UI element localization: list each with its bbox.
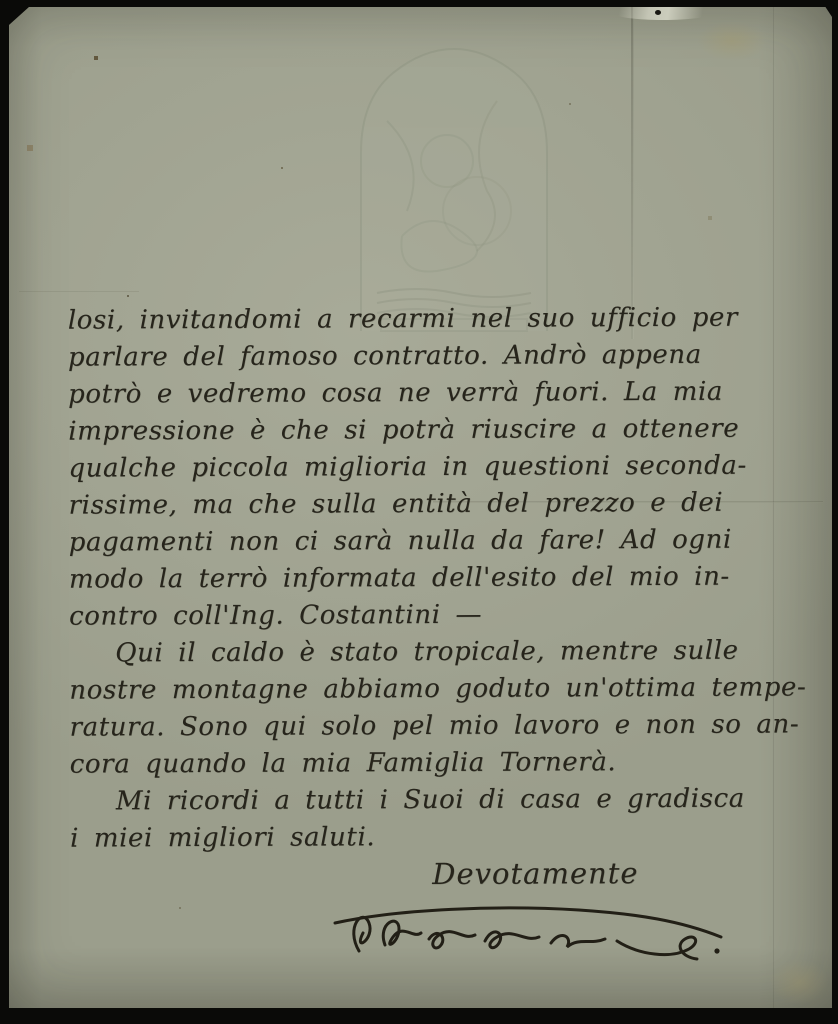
bottom-right-stain <box>769 959 829 1005</box>
arched-crest-watermark-icon <box>347 41 561 333</box>
closing-salutation: Devotamente <box>70 854 792 897</box>
handwriting-line: qualche piccola miglioria in questioni s… <box>68 447 790 487</box>
handwriting-line: contro coll'Ing. Costantini — <box>69 595 791 635</box>
handwriting-line: Qui il caldo è stato tropicale, mentre s… <box>69 632 791 672</box>
handwriting-line: rissime, ma che sulla entità del prezzo … <box>69 484 791 524</box>
tear-dark-speck <box>655 10 661 15</box>
handwriting-line: potrò e vedremo cosa ne verrà fuori. La … <box>68 373 790 413</box>
top-edge-tear <box>615 7 711 20</box>
handwriting-line: losi, invitandomi a recarmi nel suo uffi… <box>68 299 790 339</box>
handwriting-line: nostre montagne abbiamo goduto un'ottima… <box>69 669 791 709</box>
top-right-stain <box>697 21 767 61</box>
foxing-specks <box>9 7 11 9</box>
handwriting-line: pagamenti non ci sarà nulla da fare! Ad … <box>69 521 791 561</box>
handwriting-line: i miei migliori saluti. <box>70 817 792 857</box>
handwriting-line: cora quando la mia Famiglia Tornerà. <box>70 743 792 783</box>
left-fold-crease <box>19 291 139 292</box>
handwriting-line: modo la terrò informata dell'esito del m… <box>69 558 791 598</box>
autograph-flourish-icon <box>329 893 739 973</box>
vertical-fold-crease <box>631 7 634 339</box>
letter-scan: losi, invitandomi a recarmi nel suo uffi… <box>0 0 838 1024</box>
handwriting-line: ratura. Sono qui solo pel mio lavoro e n… <box>69 706 791 746</box>
handwritten-letter-body: losi, invitandomi a recarmi nel suo uffi… <box>68 299 793 897</box>
handwriting-line: Mi ricordi a tutti i Suoi di casa e grad… <box>70 780 792 820</box>
letter-paper-sheet: losi, invitandomi a recarmi nel suo uffi… <box>9 7 832 1008</box>
handwriting-line: impressione è che si potrà riuscire a ot… <box>68 410 790 450</box>
handwriting-line: parlare del famoso contratto. Andrò appe… <box>68 336 790 376</box>
